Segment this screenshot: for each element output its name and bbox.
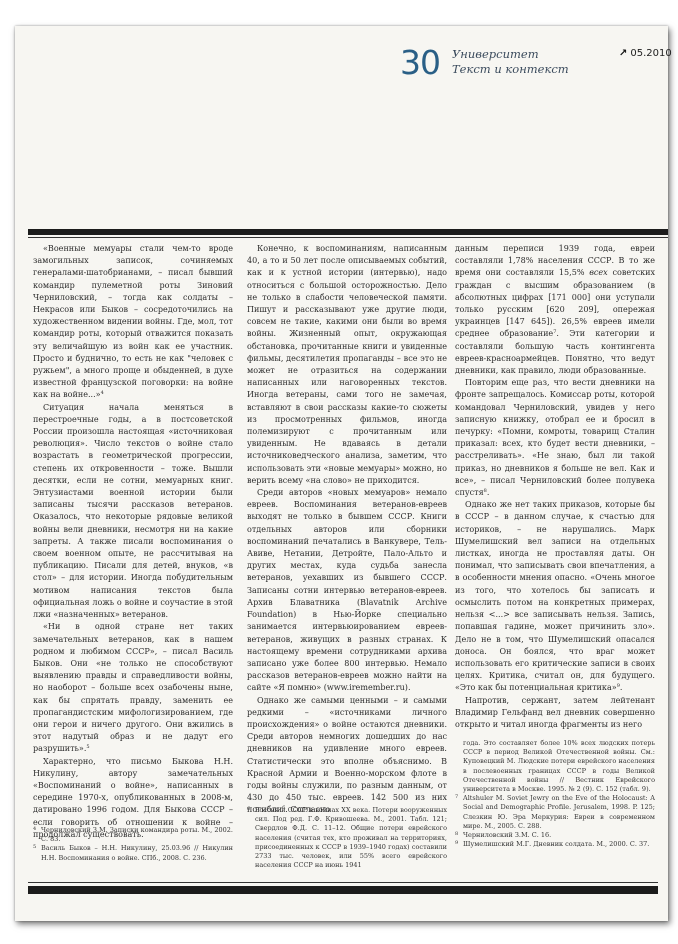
paragraph: «Ни в одной стране нет таких замечательн…	[33, 621, 233, 755]
paragraph: Напротив, сержант, затем лейтенант Влади…	[455, 695, 655, 732]
bottom-rule-thick	[28, 886, 658, 894]
issue-date: ↗ 05.2010	[619, 48, 672, 59]
top-rule-thin	[28, 237, 668, 238]
page-number: 30	[400, 46, 440, 79]
text-column-1: «Военные мемуары стали чем-то вроде замо…	[33, 243, 233, 841]
paragraph: Ситуация начала меняться в перестроечные…	[33, 402, 233, 622]
section-title: Университет Текст и контекст	[452, 47, 569, 77]
footnote-item: 6Россия и СССР в войнах XX века. Потери …	[247, 806, 447, 870]
paragraph: Среди авторов «новых мемуаров» немало ев…	[247, 487, 447, 694]
footnote-item: 4Черниловский З.М. Записки командира рот…	[33, 826, 233, 844]
footnote-item: 5Василь Быков – Н.Н. Никулину, 25.03.96 …	[33, 844, 233, 862]
text-column-3: данным переписи 1939 года, евреи составл…	[455, 243, 655, 731]
bottom-rule-thin	[28, 882, 658, 883]
footnotes-column-2: 6Россия и СССР в войнах XX века. Потери …	[247, 806, 447, 870]
paragraph: Однако же самыми ценными – и самыми редк…	[247, 695, 447, 817]
footnotes-column-1: 4Черниловский З.М. Записки командира рот…	[33, 826, 233, 863]
arrow-up-right-icon: ↗	[619, 48, 627, 59]
footnotes-column-3: года. Это составляет более 10% всех людс…	[455, 739, 655, 849]
paragraph: Однако же нет таких приказов, которые бы…	[455, 499, 655, 694]
section-title-line1: Университет	[452, 47, 569, 62]
paragraph: Повторим еще раз, что вести дневники на …	[455, 377, 655, 499]
footnote-ref: 5	[86, 744, 89, 750]
paragraph: данным переписи 1939 года, евреи составл…	[455, 243, 655, 377]
footnote-ref: 4	[101, 390, 104, 396]
footnote-continuation: года. Это составляет более 10% всех людс…	[455, 739, 655, 794]
section-title-line2: Текст и контекст	[452, 62, 569, 77]
paragraph: «Военные мемуары стали чем-то вроде замо…	[33, 243, 233, 402]
footnote-item: 7Altshuler M. Soviet Jewry on the Eve of…	[455, 794, 655, 831]
footnote-item: 9Шумелишский М.Г. Дневник солдата. М., 2…	[455, 840, 655, 849]
paragraph: Конечно, к воспоминаниям, написанным 40,…	[247, 243, 447, 487]
top-rule-thick	[28, 229, 668, 235]
text-column-2: Конечно, к воспоминаниям, написанным 40,…	[247, 243, 447, 817]
footnote-item: 8Черниловский З.М. С. 16.	[455, 831, 655, 840]
issue-date-text: 05.2010	[630, 48, 671, 59]
